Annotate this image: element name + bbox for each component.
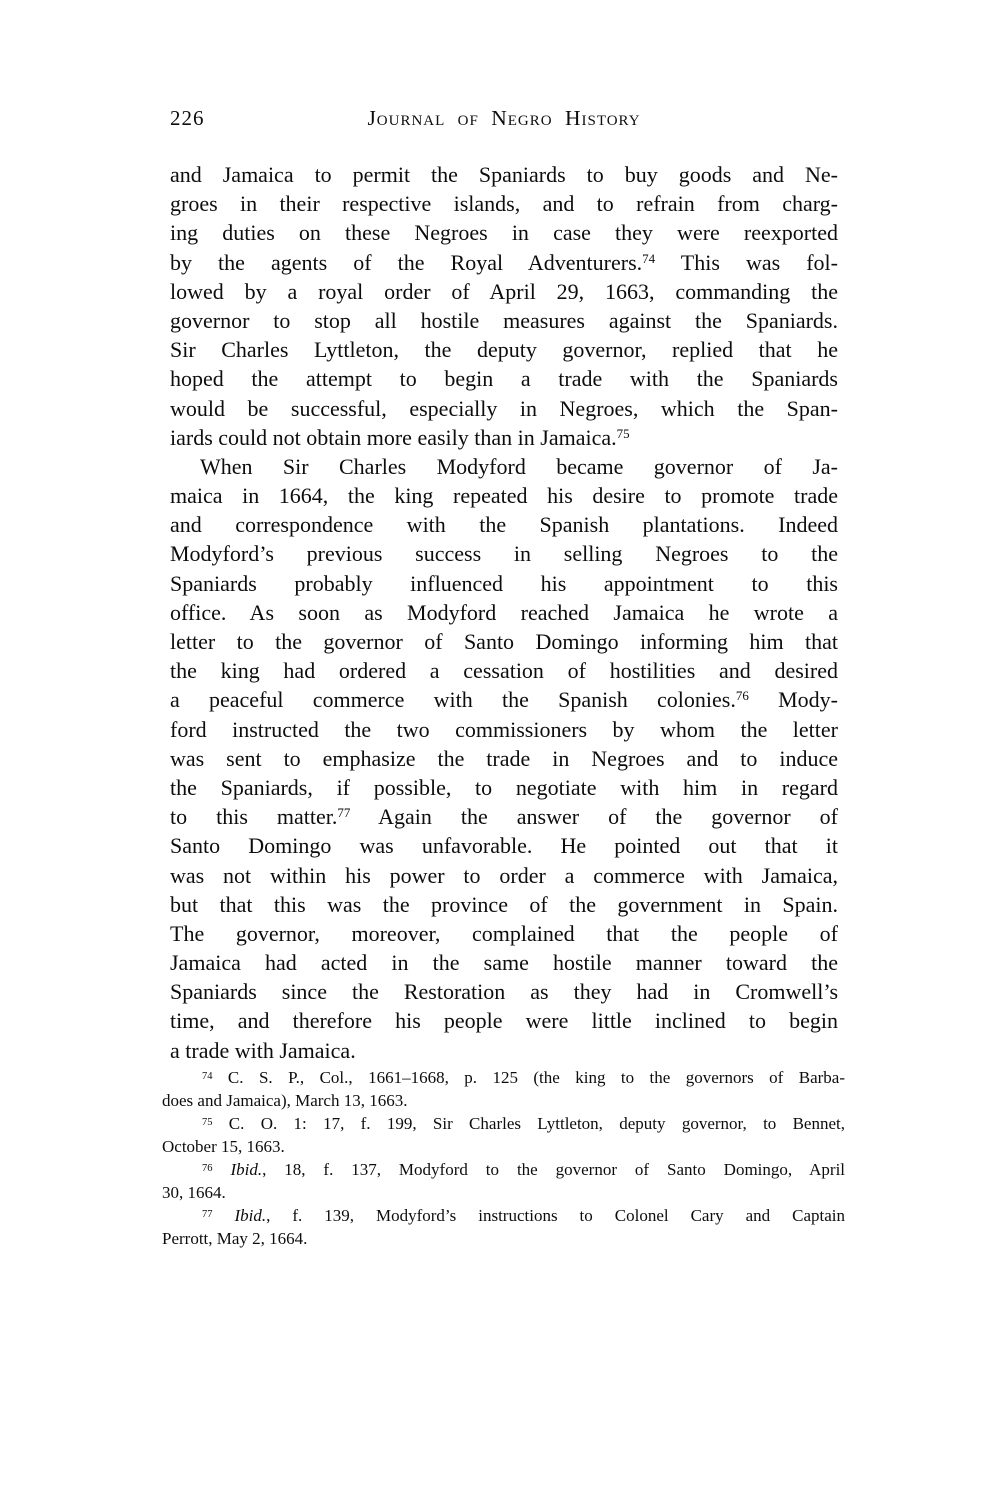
text-line: and correspondence with the Spanish plan… <box>170 510 838 539</box>
body-text: and Jamaica to permit the Spaniards to b… <box>170 160 838 1065</box>
text-line: was not within his power to order a comm… <box>170 861 838 890</box>
footnote: 77 Ibid., f. 139, Modyford’s instruction… <box>162 1204 845 1250</box>
text-line: would be successful, especially in Negro… <box>170 394 838 423</box>
footnote-line: October 15, 1663. <box>162 1135 845 1158</box>
text-line: Santo Domingo was unfavorable. He pointe… <box>170 831 838 860</box>
text-line: Spaniards since the Restoration as they … <box>170 977 838 1006</box>
text-line: The governor, moreover, complained that … <box>170 919 838 948</box>
footnote-line: 75 C. O. 1: 17, f. 199, Sir Charles Lytt… <box>162 1112 845 1135</box>
footnote-line: 74 C. S. P., Col., 1661–1668, p. 125 (th… <box>162 1066 845 1089</box>
footnote-line: Perrott, May 2, 1664. <box>162 1227 845 1250</box>
text-line: When Sir Charles Modyford became governo… <box>170 452 838 481</box>
text-line: by the agents of the Royal Adventurers.7… <box>170 248 838 277</box>
text-line: the king had ordered a cessation of host… <box>170 656 838 685</box>
text-line: maica in 1664, the king repeated his des… <box>170 481 838 510</box>
footnote-line: 76 Ibid., 18, f. 137, Modyford to the go… <box>162 1158 845 1181</box>
footnote: 76 Ibid., 18, f. 137, Modyford to the go… <box>162 1158 845 1204</box>
text-line: and Jamaica to permit the Spaniards to b… <box>170 160 838 189</box>
text-line: was sent to emphasize the trade in Negro… <box>170 744 838 773</box>
text-line: time, and therefore his people were litt… <box>170 1006 838 1035</box>
text-line: hoped the attempt to begin a trade with … <box>170 364 838 393</box>
text-line: ing duties on these Negroes in case they… <box>170 218 838 247</box>
text-line: governor to stop all hostile measures ag… <box>170 306 838 335</box>
text-line: Sir Charles Lyttleton, the deputy govern… <box>170 335 838 364</box>
scanned-page: Journal of Negro History 226 and Jamaica… <box>0 0 1000 1485</box>
text-line: groes in their respective islands, and t… <box>170 189 838 218</box>
text-line: office. As soon as Modyford reached Jama… <box>170 598 838 627</box>
footnote-line: does and Jamaica), March 13, 1663. <box>162 1089 845 1112</box>
running-title: Journal of Negro History <box>170 106 838 131</box>
paragraph: When Sir Charles Modyford became governo… <box>170 452 838 1065</box>
page-number: 226 <box>170 106 205 131</box>
footnote: 75 C. O. 1: 17, f. 199, Sir Charles Lytt… <box>162 1112 845 1158</box>
text-line: ford instructed the two commissioners by… <box>170 715 838 744</box>
footnote: 74 C. S. P., Col., 1661–1668, p. 125 (th… <box>162 1066 845 1112</box>
text-line: Jamaica had acted in the same hostile ma… <box>170 948 838 977</box>
text-line: to this matter.77 Again the answer of th… <box>170 802 838 831</box>
text-line: letter to the governor of Santo Domingo … <box>170 627 838 656</box>
text-line: a trade with Jamaica. <box>170 1036 838 1065</box>
footnote-line: 30, 1664. <box>162 1181 845 1204</box>
text-line: a peaceful commerce with the Spanish col… <box>170 685 838 714</box>
footnote-line: 77 Ibid., f. 139, Modyford’s instruction… <box>162 1204 845 1227</box>
text-line: but that this was the province of the go… <box>170 890 838 919</box>
text-line: lowed by a royal order of April 29, 1663… <box>170 277 838 306</box>
text-line: Modyford’s previous success in selling N… <box>170 539 838 568</box>
text-line: iards could not obtain more easily than … <box>170 423 838 452</box>
footnotes: 74 C. S. P., Col., 1661–1668, p. 125 (th… <box>162 1066 845 1250</box>
text-line: the Spaniards, if possible, to negotiate… <box>170 773 838 802</box>
text-line: Spaniards probably influenced his appoin… <box>170 569 838 598</box>
page-header: Journal of Negro History 226 <box>170 106 838 138</box>
paragraph: and Jamaica to permit the Spaniards to b… <box>170 160 838 452</box>
